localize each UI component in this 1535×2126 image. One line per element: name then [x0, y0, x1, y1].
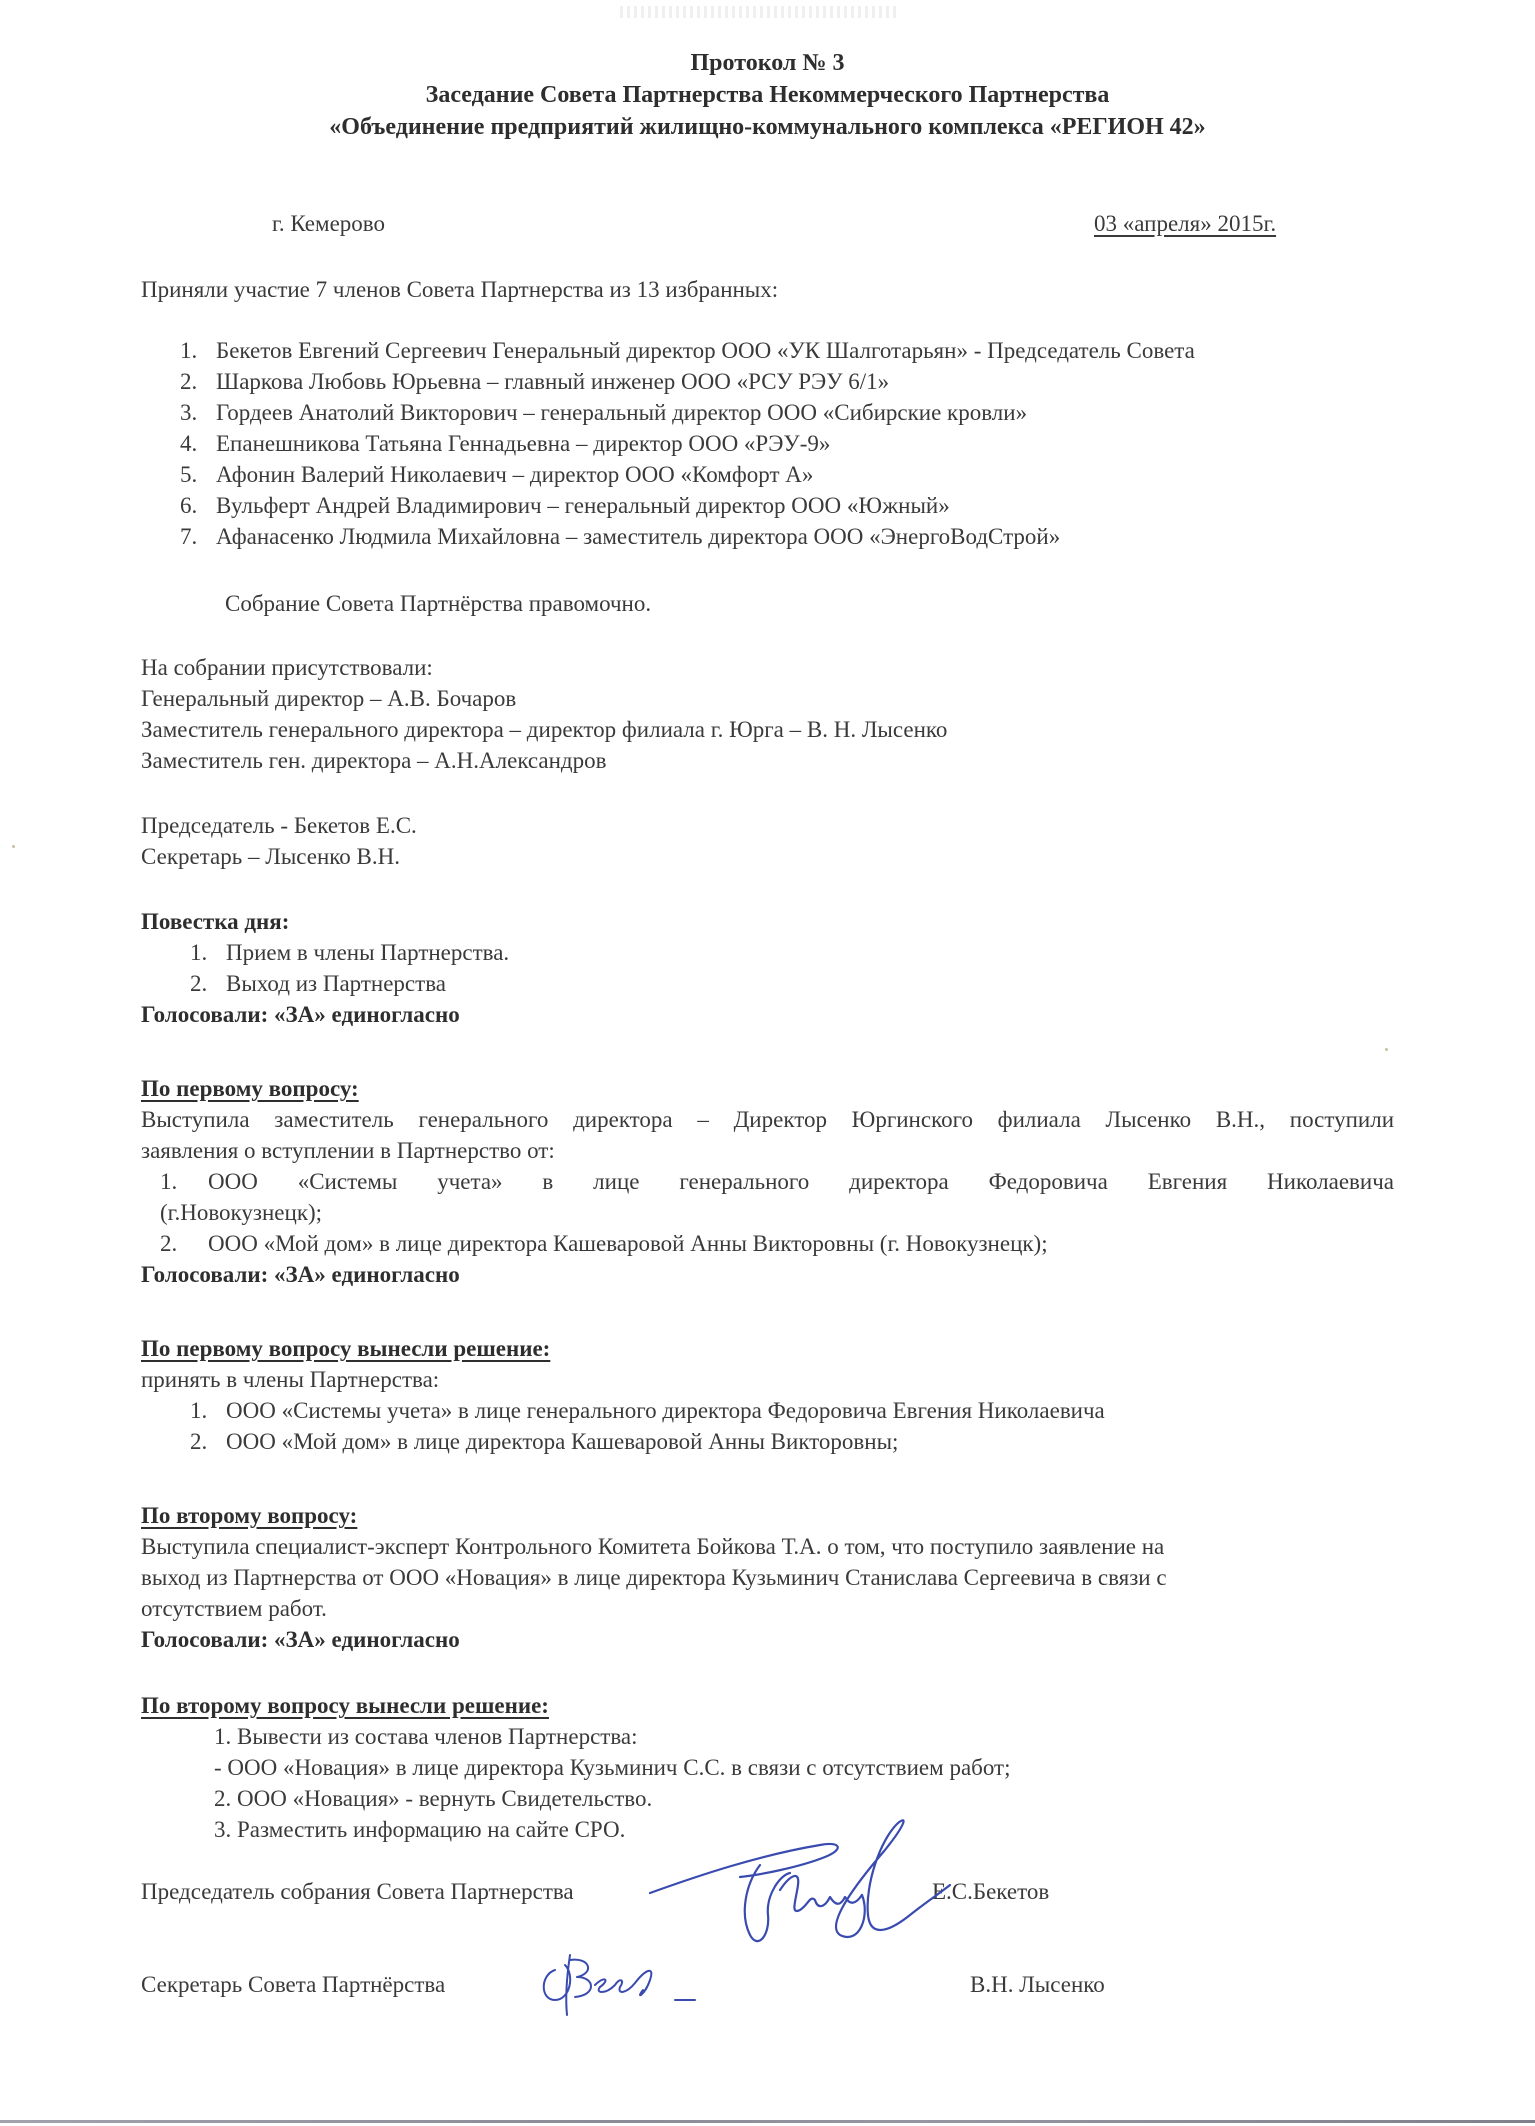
item-text: ООО «Мой дом» в лице директора Кашеваров…	[208, 1231, 1048, 1256]
item-text: Выход из Партнерства	[226, 971, 446, 996]
item-text: ООО «Системы учета» в лице генерального …	[226, 1398, 1105, 1423]
secretary-signature-icon	[535, 1945, 735, 2020]
question1-vote: Голосовали: «ЗА» единогласно	[141, 1259, 460, 1290]
item-text: Епанешникова Татьяна Геннадьевна – дирек…	[216, 431, 830, 456]
decision2-item: 1. Вывести из состава членов Партнерства…	[214, 1721, 637, 1752]
secretary-signature-name: В.Н. Лысенко	[970, 1969, 1105, 2000]
list-item: 7.Афанасенко Людмила Михайловна – замест…	[180, 521, 1060, 552]
list-item: 2.Шаркова Любовь Юрьевна – главный инжен…	[180, 366, 889, 397]
quorum-statement: Собрание Совета Партнёрства правомочно.	[225, 588, 651, 619]
chair-signature-icon	[640, 1815, 960, 1965]
item-text: Шаркова Любовь Юрьевна – главный инженер…	[216, 369, 889, 394]
item-number: 7.	[180, 521, 216, 552]
item-text: Афонин Валерий Николаевич – директор ООО…	[216, 462, 813, 487]
item-text: ООО «Мой дом» в лице директора Кашеваров…	[226, 1429, 898, 1454]
item-number: 6.	[180, 490, 216, 521]
decision1-item: 1.ООО «Системы учета» в лице генеральног…	[190, 1395, 1105, 1426]
decision1-item: 2.ООО «Мой дом» в лице директора Кашевар…	[190, 1426, 898, 1457]
item-number: 2.	[190, 968, 226, 999]
document-title: Протокол № 3	[0, 48, 1535, 79]
attendee-line: Заместитель генерального директора – дир…	[141, 714, 947, 745]
question1-heading: По первому вопросу:	[141, 1073, 359, 1104]
item-number: 2.	[180, 366, 216, 397]
agenda-heading: Повестка дня:	[141, 906, 289, 937]
city: г. Кемерово	[272, 208, 385, 239]
item-number: 3.	[180, 397, 216, 428]
item-number: 1.	[160, 1166, 208, 1197]
item-number: 4.	[180, 428, 216, 459]
item-number: 5.	[180, 459, 216, 490]
organization-name: «Объединение предприятий жилищно-коммуна…	[0, 112, 1535, 143]
scan-speck	[12, 845, 15, 848]
question2-paragraph-line: Выступила специалист-эксперт Контрольног…	[141, 1531, 1164, 1562]
question1-paragraph-line: заявления о вступлении в Партнерство от:	[141, 1135, 555, 1166]
secretary-signature-label: Секретарь Совета Партнёрства	[141, 1969, 445, 2000]
participants-intro: Приняли участие 7 членов Совета Партнерс…	[141, 274, 778, 305]
item-text: Афанасенко Людмила Михайловна – заместит…	[216, 524, 1060, 549]
list-item: 1.Бекетов Евгений Сергеевич Генеральный …	[180, 335, 1195, 366]
question2-heading: По второму вопросу:	[141, 1500, 357, 1531]
question2-vote: Голосовали: «ЗА» единогласно	[141, 1624, 460, 1655]
item-text: Прием в члены Партнерства.	[226, 940, 509, 965]
list-item: 3.Гордеев Анатолий Викторович – генераль…	[180, 397, 1027, 428]
decision1-intro: принять в члены Партнерства:	[141, 1364, 439, 1395]
item-text: Гордеев Анатолий Викторович – генеральны…	[216, 400, 1027, 425]
document-subtitle: Заседание Совета Партнерства Некоммерчес…	[0, 80, 1535, 111]
question2-paragraph-line: выход из Партнерства от ООО «Новация» в …	[141, 1562, 1167, 1593]
decision1-heading: По первому вопросу вынесли решение:	[141, 1333, 550, 1364]
agenda-vote: Голосовали: «ЗА» единогласно	[141, 999, 460, 1030]
decision2-subitem: - ООО «Новация» в лице директора Кузьмин…	[214, 1752, 1011, 1783]
question2-paragraph-line: отсутствием работ.	[141, 1593, 327, 1624]
attendee-line: Генеральный директор – А.В. Бочаров	[141, 683, 516, 714]
agenda-item: 1.Прием в члены Партнерства.	[190, 937, 509, 968]
item-number: 2.	[160, 1228, 208, 1259]
attendee-line: Заместитель ген. директора – А.Н.Алексан…	[141, 745, 607, 776]
list-item: 6.Вульферт Андрей Владимирович – генерал…	[180, 490, 950, 521]
item-text: Вульферт Андрей Владимирович – генеральн…	[216, 493, 950, 518]
attendees-heading: На собрании присутствовали:	[141, 652, 433, 683]
application-item: 2.ООО «Мой дом» в лице директора Кашевар…	[160, 1228, 1048, 1259]
decision2-item: 2. ООО «Новация» - вернуть Свидетельство…	[214, 1783, 652, 1814]
chair-line: Председатель - Бекетов Е.С.	[141, 810, 417, 841]
item-number: 2.	[190, 1426, 226, 1457]
scan-artifact-bottom	[0, 2120, 1535, 2123]
scan-speck	[1385, 1048, 1388, 1051]
list-item: 4.Епанешникова Татьяна Геннадьевна – дир…	[180, 428, 830, 459]
item-text: Бекетов Евгений Сергеевич Генеральный ди…	[216, 338, 1195, 363]
secretary-line: Секретарь – Лысенко В.Н.	[141, 841, 400, 872]
decision2-item: 3. Разместить информацию на сайте СРО.	[214, 1814, 625, 1845]
question1-paragraph-line: Выступила заместитель генерального дирек…	[141, 1104, 1394, 1135]
decision2-heading: По второму вопросу вынесли решение:	[141, 1690, 549, 1721]
scan-artifact-top	[620, 6, 900, 18]
chair-signature-label: Председатель собрания Совета Партнерства	[141, 1876, 574, 1907]
item-number: 1.	[190, 937, 226, 968]
meeting-date: 03 «апреля» 2015г.	[1072, 208, 1276, 239]
agenda-item: 2.Выход из Партнерства	[190, 968, 446, 999]
protocol-page: Протокол № 3 Заседание Совета Партнерств…	[0, 0, 1535, 2126]
item-number: 1.	[190, 1395, 226, 1426]
application-item: 1.	[160, 1166, 208, 1197]
item-number: 1.	[180, 335, 216, 366]
application-item-text: ООО «Системы учета» в лице генерального …	[208, 1166, 1394, 1197]
application-item-continuation: (г.Новокузнецк);	[160, 1197, 322, 1228]
list-item: 5.Афонин Валерий Николаевич – директор О…	[180, 459, 813, 490]
